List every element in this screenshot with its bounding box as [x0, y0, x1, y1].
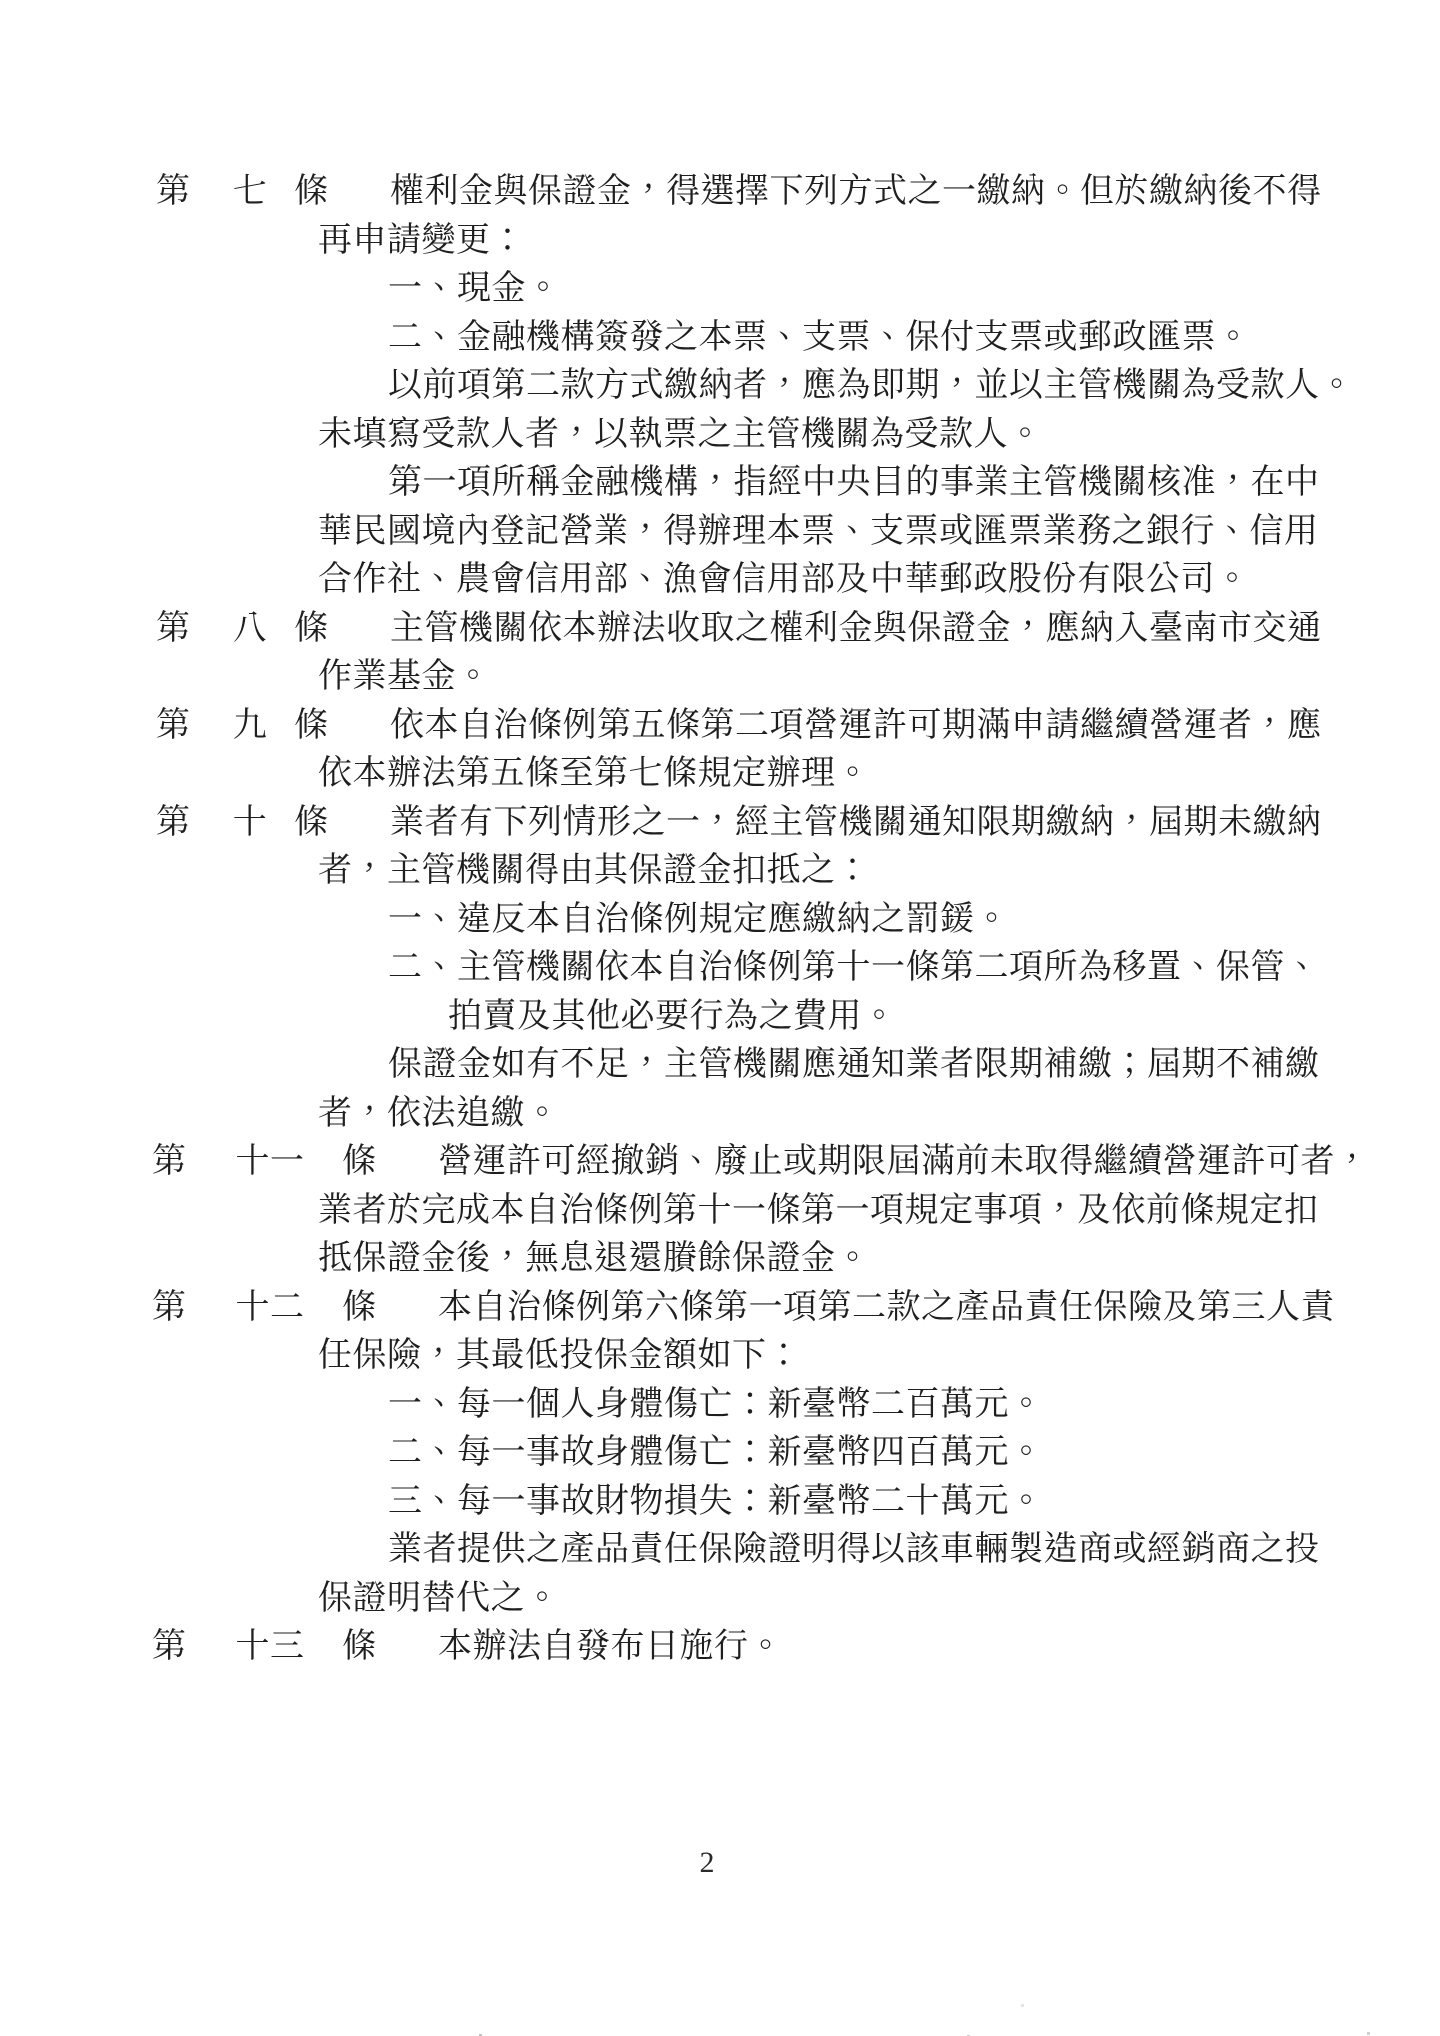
article-suffix: 條 — [342, 1138, 377, 1187]
text-line: 以前項第二款方式繳納者，應為即期，並以主管機關為受款人。 — [0, 362, 1440, 411]
article-number: 十 — [198, 799, 302, 848]
article-prefix: 第 — [156, 605, 191, 654]
list-item: 二、金融機構簽發之本票、支票、保付支票或郵政匯票。 — [0, 314, 1440, 363]
scan-noise-artifact — [0, 2033, 1, 2034]
article-number: 十一 — [203, 1138, 337, 1187]
text-line: 業者於完成本自治條例第十一條第一項規定事項，及依前條規定扣 — [0, 1187, 1440, 1236]
list-item: 二、主管機關依本自治條例第十一條第二項所為移置、保管、 — [0, 944, 1440, 993]
article-number: 九 — [198, 702, 302, 751]
list-item-continuation: 拍賣及其他必要行為之費用。 — [0, 993, 1440, 1042]
text-line: 者，依法追繳。 — [0, 1090, 1440, 1139]
text-line: 任保險，其最低投保金額如下： — [0, 1332, 1440, 1381]
article-text: 營運許可經撤銷、廢止或期限屆滿前未取得繼續營運許可者， — [438, 1138, 1370, 1187]
text-line: 未填寫受款人者，以執票之主管機關為受款人。 — [0, 411, 1440, 460]
article-number: 十二 — [203, 1284, 337, 1333]
text-line: 再申請變更： — [0, 217, 1440, 266]
article-number: 七 — [198, 168, 302, 217]
article-prefix: 第 — [156, 702, 191, 751]
article-prefix: 第 — [156, 799, 191, 848]
text-line: 依本辦法第五條至第七條規定辦理。 — [0, 750, 1440, 799]
article-suffix: 條 — [294, 799, 329, 848]
article-10-line: 第 十 條 業者有下列情形之一，經主管機關通知限期繳納，屆期未繳納 — [0, 799, 1440, 848]
article-prefix: 第 — [156, 168, 191, 217]
text-line: 第一項所稱金融機構，指經中央目的事業主管機關核准，在中 — [0, 459, 1440, 508]
article-text: 主管機關依本辦法收取之權利金與保證金，應納入臺南市交通 — [390, 605, 1322, 654]
article-suffix: 條 — [294, 168, 329, 217]
text-line: 保證金如有不足，主管機關應通知業者限期補繳；屆期不補繳 — [0, 1041, 1440, 1090]
text-line: 合作社、農會信用部、漁會信用部及中華郵政股份有限公司。 — [0, 556, 1440, 605]
article-text: 權利金與保證金，得選擇下列方式之一繳納。但於繳納後不得 — [390, 168, 1322, 217]
article-text: 業者有下列情形之一，經主管機關通知限期繳納，屆期未繳納 — [390, 799, 1322, 848]
article-suffix: 條 — [342, 1284, 377, 1333]
article-text: 本辦法自發布日施行。 — [438, 1623, 783, 1672]
article-9-line: 第 九 條 依本自治條例第五條第二項營運許可期滿申請繼續營運者，應 — [0, 702, 1440, 751]
list-item: 一、違反本自治條例規定應繳納之罰鍰。 — [0, 896, 1440, 945]
text-line: 保證明替代之。 — [0, 1575, 1440, 1624]
page-number: 2 — [0, 1846, 1414, 1880]
text-line: 抵保證金後，無息退還賸餘保證金。 — [0, 1235, 1440, 1284]
text-line: 作業基金。 — [0, 653, 1440, 702]
article-suffix: 條 — [294, 605, 329, 654]
document-page: 第 七 條 權利金與保證金，得選擇下列方式之一繳納。但於繳納後不得 再申請變更：… — [0, 0, 1440, 2036]
text-line: 業者提供之產品責任保險證明得以該車輛製造商或經銷商之投 — [0, 1526, 1440, 1575]
text-line: 者，主管機關得由其保證金扣抵之： — [0, 847, 1440, 896]
document-body: 第 七 條 權利金與保證金，得選擇下列方式之一繳納。但於繳納後不得 再申請變更：… — [0, 168, 1440, 1672]
article-prefix: 第 — [152, 1284, 187, 1333]
article-12-line: 第 十二 條 本自治條例第六條第一項第二款之產品責任保險及第三人責 — [0, 1284, 1440, 1333]
text-line: 華民國境內登記營業，得辦理本票、支票或匯票業務之銀行、信用 — [0, 508, 1440, 557]
list-item: 三、每一事故財物損失：新臺幣二十萬元。 — [0, 1478, 1440, 1527]
article-number: 八 — [198, 605, 302, 654]
article-prefix: 第 — [152, 1138, 187, 1187]
article-prefix: 第 — [152, 1623, 187, 1672]
article-suffix: 條 — [294, 702, 329, 751]
article-7-line: 第 七 條 權利金與保證金，得選擇下列方式之一繳納。但於繳納後不得 — [0, 168, 1440, 217]
article-8-line: 第 八 條 主管機關依本辦法收取之權利金與保證金，應納入臺南市交通 — [0, 605, 1440, 654]
list-item: 一、每一個人身體傷亡：新臺幣二百萬元。 — [0, 1381, 1440, 1430]
article-text: 本自治條例第六條第一項第二款之產品責任保險及第三人責 — [438, 1284, 1335, 1333]
article-11-line: 第 十一 條 營運許可經撤銷、廢止或期限屆滿前未取得繼續營運許可者， — [0, 1138, 1440, 1187]
list-item: 一、現金。 — [0, 265, 1440, 314]
article-text: 依本自治條例第五條第二項營運許可期滿申請繼續營運者，應 — [390, 702, 1322, 751]
article-13-line: 第 十三 條 本辦法自發布日施行。 — [0, 1623, 1440, 1672]
article-suffix: 條 — [342, 1623, 377, 1672]
article-number: 十三 — [203, 1623, 337, 1672]
list-item: 二、每一事故身體傷亡：新臺幣四百萬元。 — [0, 1429, 1440, 1478]
